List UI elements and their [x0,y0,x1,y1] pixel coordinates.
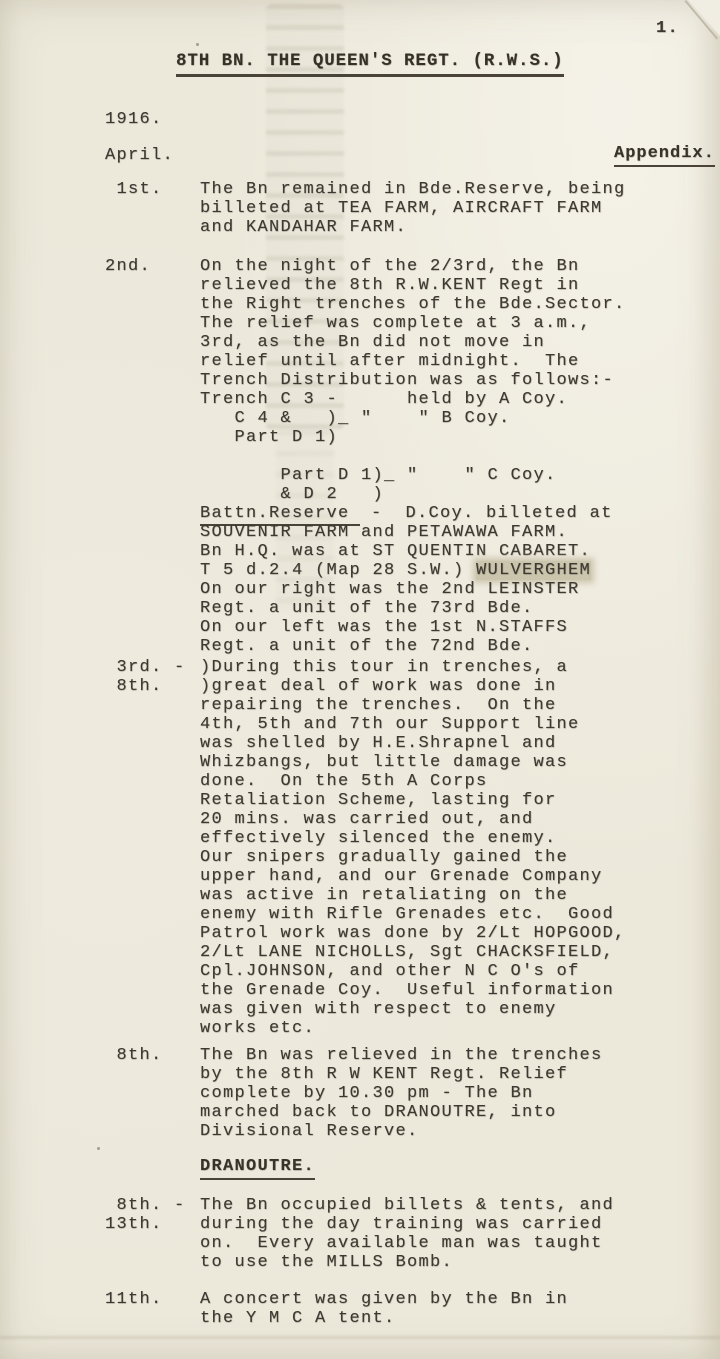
war-diary-page: 1. 8TH BN. THE QUEEN'S REGT. (R.W.S.) 19… [0,0,720,1359]
diary-entry-apr-8-13: 8th. - 13th. The Bn occupied billets & t… [105,1196,614,1272]
entry-text-c: On our right was the 2nd LEINSTER Regt. … [200,580,580,656]
entry-body: )During this tour in trenches, a )great … [200,658,626,1038]
ink-speck [97,1147,100,1150]
entry-date: 1st. [105,180,200,199]
diary-entry-apr-2: 2nd. On the night of the 2/3rd, the Bn r… [105,257,626,656]
diary-entry-apr-1: 1st. The Bn remained in Bde.Reserve, bei… [105,180,626,237]
entry-date: 8th. - 13th. [105,1196,200,1234]
diary-entry-apr-8: 8th. The Bn was relieved in the trenches… [105,1046,603,1141]
entry-body: A concert was given by the Bn in the Y M… [200,1290,568,1328]
page-title: 8TH BN. THE QUEEN'S REGT. (R.W.S.) [176,52,564,77]
entry-text-reserve: - D.Coy. billeted at [360,504,613,523]
ink-speck [196,43,199,46]
diary-entry-apr-11: 11th. A concert was given by the Bn in t… [105,1290,568,1328]
month-label: April. [105,146,174,165]
entry-text-a: On the night of the 2/3rd, the Bn reliev… [200,257,626,504]
entry-date: 8th. [105,1046,200,1065]
entry-date: 3rd. - 8th. [105,658,200,696]
dranoutre-heading: DRANOUTRE. [200,1157,315,1180]
diary-entry-apr-3-8: 3rd. - 8th. )During this tour in trenche… [105,658,626,1038]
page-corner-fold [688,0,720,36]
entry-body: The Bn occupied billets & tents, and dur… [200,1196,614,1272]
entry-body: The Bn was relieved in the trenches by t… [200,1046,603,1141]
page-number: 1. [656,19,679,38]
entry-body: The Bn remained in Bde.Reserve, being bi… [200,180,626,237]
entry-body: On the night of the 2/3rd, the Bn reliev… [200,257,626,656]
wulverghem-highlight: WULVERGHEM [476,561,591,580]
scan-shadow [0,1336,720,1339]
year-label: 1916. [105,110,163,129]
entry-date: 11th. [105,1290,200,1309]
entry-date: 2nd. [105,257,200,276]
appendix-label: Appendix. [614,144,715,167]
